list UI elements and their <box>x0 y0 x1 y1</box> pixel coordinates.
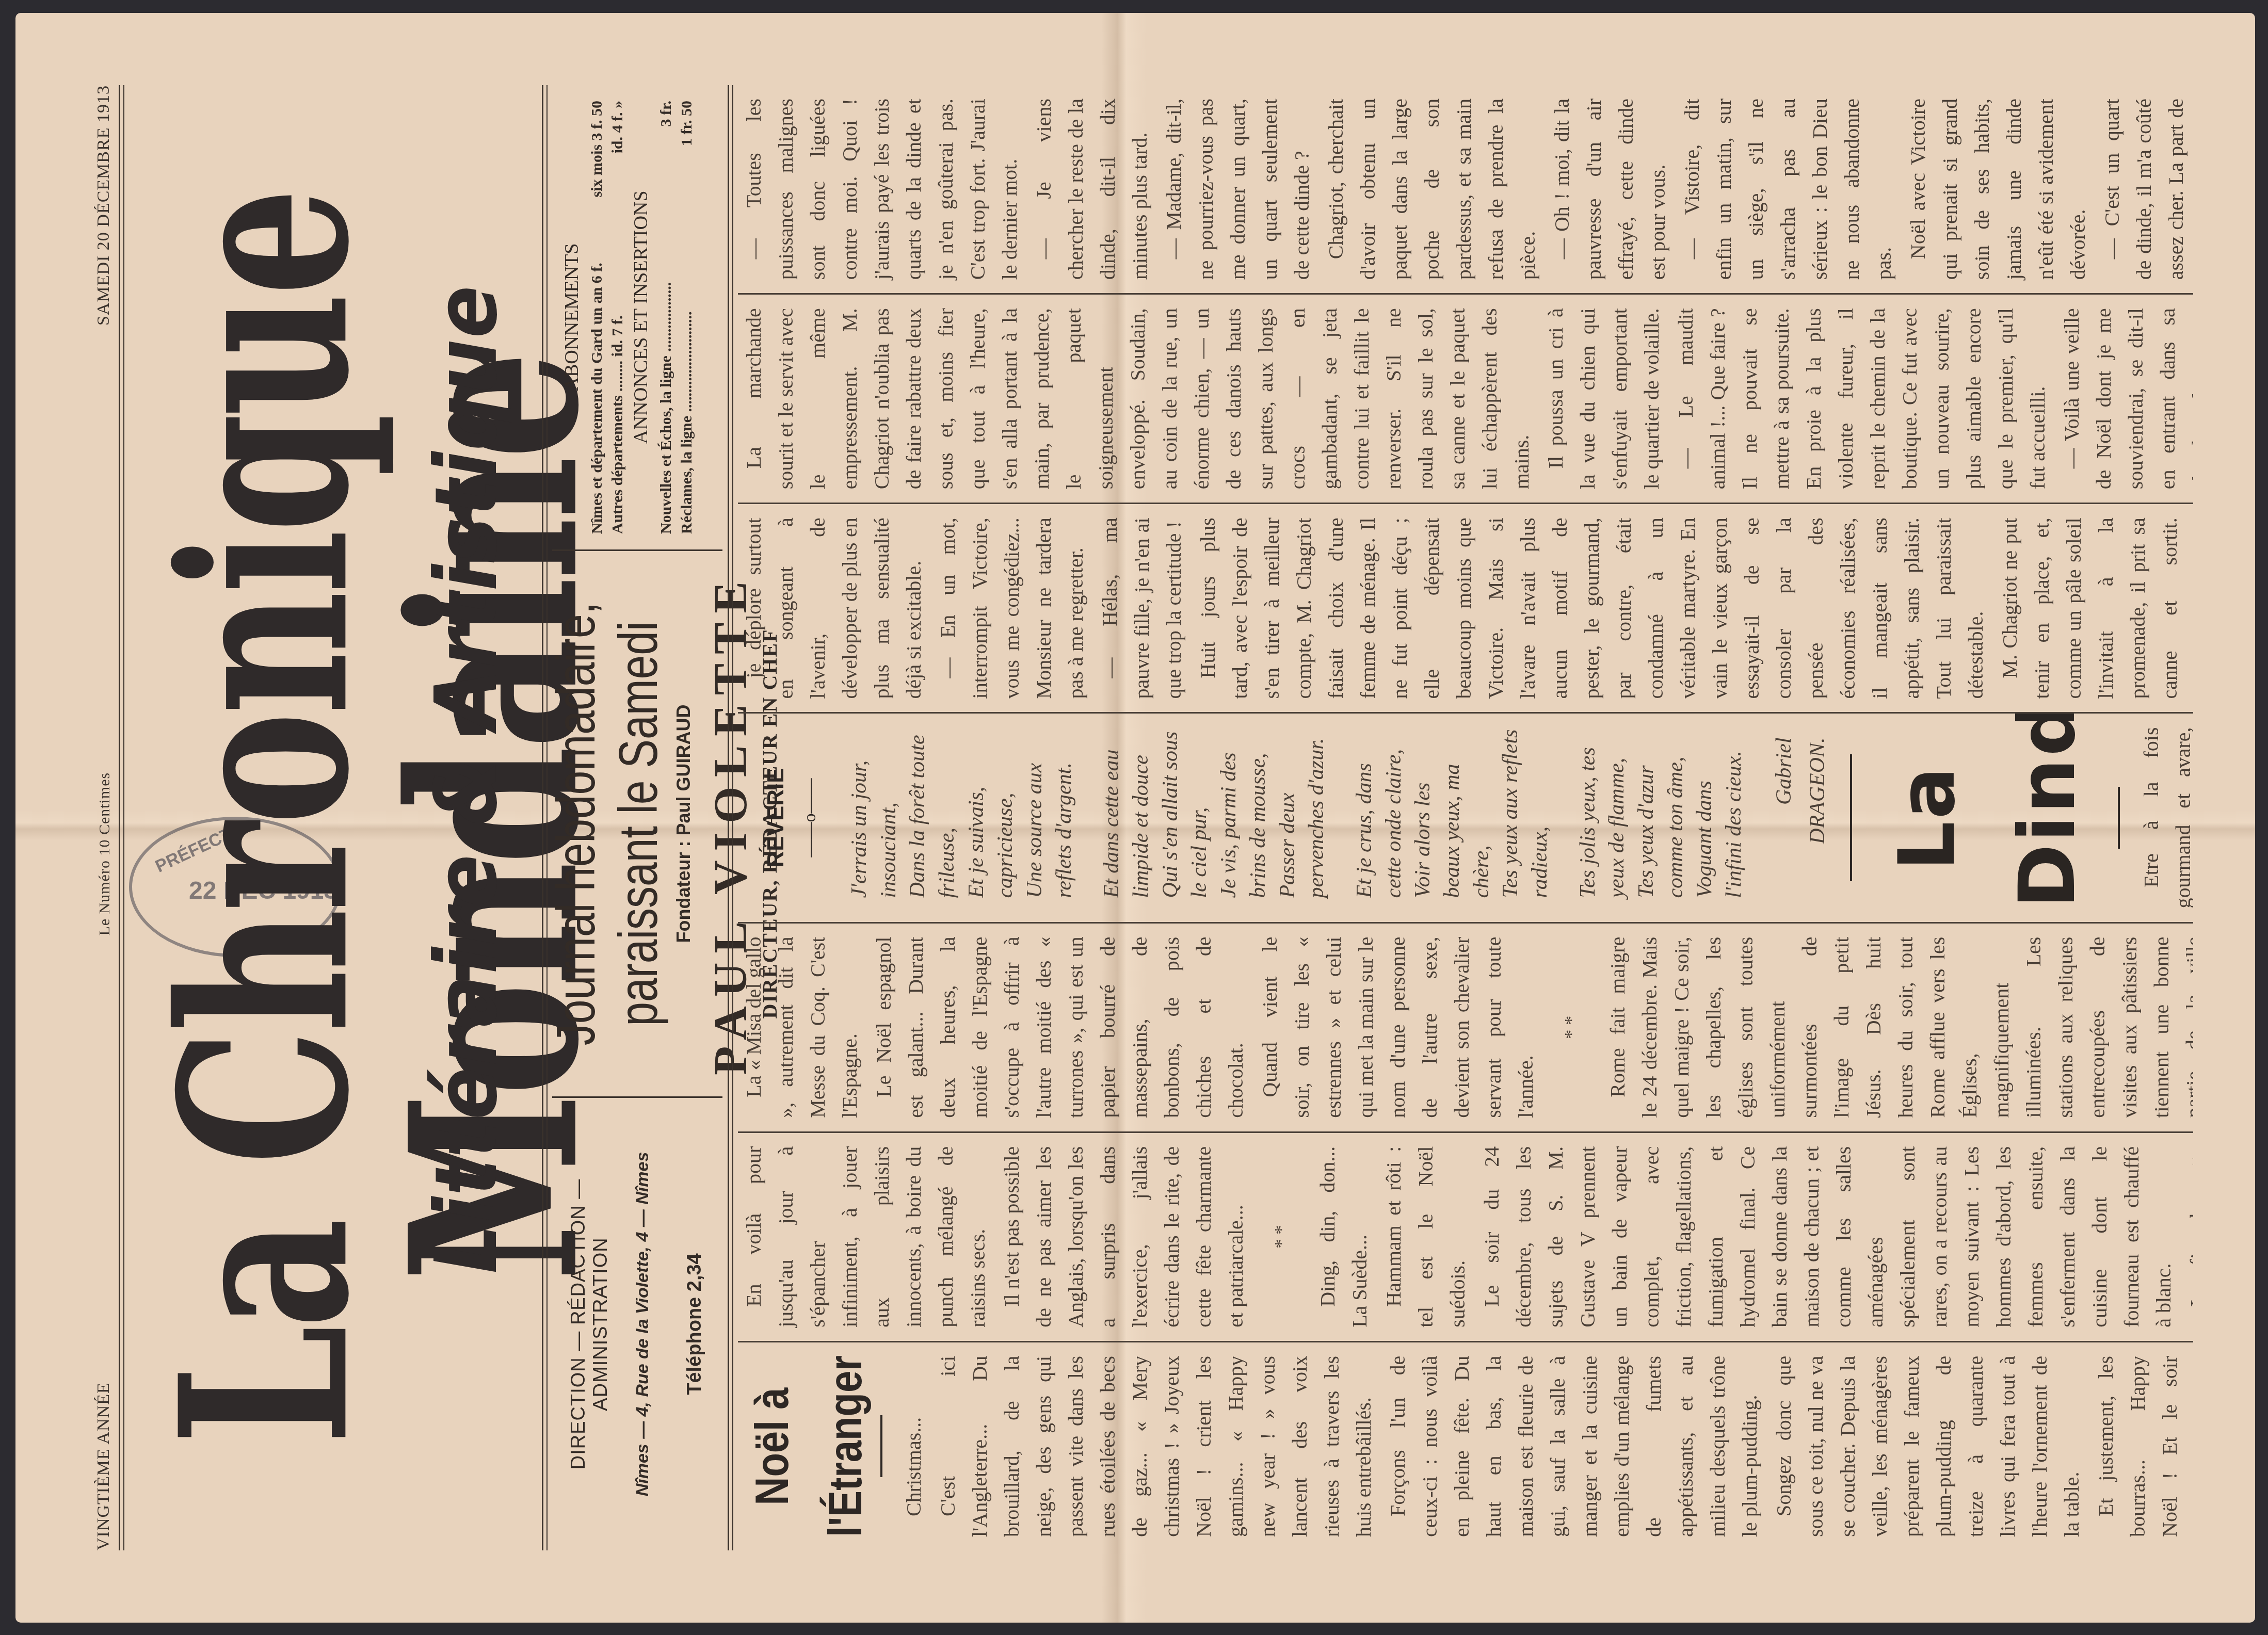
paragraph: — Le maudit animal !... Que faire ? Il n… <box>1670 308 2054 489</box>
column-4: RÊVERIE ——o—— J'errais un jour, insoucia… <box>738 712 2193 921</box>
poem-stanza: Et dans cette eau limpide et douce Qui s… <box>1097 727 1331 898</box>
column-5: je déplore surtout en songeant à l'aveni… <box>738 503 2193 712</box>
paragraph: Etre à la fois gourmand et avare, aimer … <box>2135 727 2193 908</box>
section-break: * * <box>1267 1146 1296 1328</box>
masthead: PRÉFECT 22 DEC 1913 La Chronique Mondain… <box>134 85 537 1550</box>
paragraph: — Vistoire, dit enfin un matin, sur un s… <box>1676 99 1900 280</box>
infobar-rule <box>728 85 733 1550</box>
paragraph: Il n'est pas possible de ne pas aimer le… <box>996 1146 1252 1328</box>
column-2: En voilà pour jusqu'au jour à s'épancher… <box>738 1131 2193 1341</box>
paragraph: — Toutes les puissances malignes sont do… <box>738 99 1026 280</box>
paragraph: Le Noël espagnol est galant... Durant de… <box>868 937 1252 1118</box>
paragraph: Huit jours plus tard, avec l'espoir de s… <box>1192 517 1992 699</box>
paragraph: Chagriot, cherchait d'avoir obtenu un pa… <box>1320 99 1544 280</box>
rates-info: ABONNEMENTS Nîmes et département du Gard… <box>552 85 722 549</box>
subscription-row: Autres départements ........ id. 7 f. id… <box>609 101 626 534</box>
header-rule <box>119 85 124 1550</box>
paragraph: Hammam et rôti : tel est le Noël suédois… <box>1378 1146 1474 1328</box>
poem-ornament: ——o—— <box>797 727 824 908</box>
office-title: DIRECTION — RÉDACTION — ADMINISTRATION <box>568 1113 612 1535</box>
paragraph: — Oh ! moi, dit la pauvresse d'un air ef… <box>1546 99 1674 280</box>
divider <box>1850 754 1852 881</box>
paragraph: — En un mot, interrompit Victoire, vous … <box>932 517 1092 699</box>
poem-stanza: Et je crus, dans cette onde claire, Voir… <box>1350 727 1555 898</box>
office-info: DIRECTION — RÉDACTION — ADMINISTRATION N… <box>552 1096 722 1550</box>
paragraph: — Madame, dit-il, ne pourriez-vous pas m… <box>1158 99 1318 280</box>
paragraph: Le soir du 24 décembre, tous les sujets … <box>1476 1146 2180 1328</box>
ads-title: ANNONCES ET INSERTIONS <box>630 101 652 534</box>
article-title-dinde: La Dinde <box>1868 727 2108 908</box>
header-strip: VINGTIÈME ANNÉE Le Numéro 10 Centimes SA… <box>77 85 114 1550</box>
poem-title: RÊVERIE <box>759 727 794 908</box>
ad-rate-row: Nouvelles et Échos, la ligne ...........… <box>657 101 675 534</box>
newspaper-sheet: VINGTIÈME ANNÉE Le Numéro 10 Centimes SA… <box>15 13 2255 1623</box>
article-columns: Noël à l'Étranger Christmas... C'est ici… <box>738 85 2193 1550</box>
paragraph: — C'est un quart de dinde, il m'a coûté … <box>2096 99 2193 280</box>
paragraph: je déplore surtout en songeant à l'aveni… <box>738 517 930 699</box>
paragraph: Et justement, les bourras... Happy Noël … <box>2090 1356 2193 1537</box>
paragraph: C'est ici l'Angleterre... Du brouillard,… <box>932 1356 1380 1537</box>
paragraph: — Je viens chercher le reste de la dinde… <box>1028 99 1156 280</box>
paragraph: — Hélas, ma pauvre fille, je n'en ai que… <box>1094 517 1190 699</box>
paragraph: Ding, din, don... La Suède... <box>1312 1146 1376 1328</box>
paragraph: La « Misa del gallo », autrement dit la … <box>738 937 866 1118</box>
paragraph: Christmas... <box>898 1356 930 1537</box>
section-break: * * <box>1557 937 1586 1118</box>
paragraph: En voilà pour jusqu'au jour à s'épancher… <box>738 1146 994 1328</box>
paragraph: Il poussa un cri à la vue du chien qui s… <box>1540 308 1668 489</box>
price-label: Le Numéro 10 Centimes <box>96 772 114 936</box>
masthead-title: La Chronique Mondaine <box>150 85 609 1550</box>
poem-stanza: Tes jolis yeux, tes yeux de flamme, Tes … <box>1573 727 1749 898</box>
info-bar: DIRECTION — RÉDACTION — ADMINISTRATION N… <box>552 85 722 1550</box>
paragraph: Noël avec Victoire qui prenait si grand … <box>1902 99 2094 280</box>
paragraph: La marchande sourit et le servit avec le… <box>738 308 1538 489</box>
paragraph: Rome fait maigre le 24 décembre. Mais qu… <box>1602 937 2193 1118</box>
publication-info: Journal hebdomadaire, paraissant le Same… <box>552 549 722 1096</box>
column-3: La « Misa del gallo », autrement dit la … <box>738 922 2193 1131</box>
ad-rate-row: Réclames, la ligne .....................… <box>678 101 696 534</box>
paragraph: — Voilà une veille de Noël dont je me so… <box>2056 308 2193 489</box>
title-rule <box>2118 787 2120 849</box>
poem-stanza: J'errais un jour, insouciant, Dans la fo… <box>845 727 1079 898</box>
poem-author: Gabriel DRAGEON. <box>1767 737 1835 908</box>
subscriptions-title: ABONNEMENTS <box>560 101 583 534</box>
article-title-noel: Noël à l'Étranger <box>738 1356 882 1537</box>
column-6: La marchande sourit et le servit avec le… <box>738 293 2193 503</box>
paragraph: Quand vient le soir, on tire les « estre… <box>1254 937 1542 1118</box>
column-7: — Toutes les puissances malignes sont do… <box>738 85 2193 293</box>
paragraph: Forçons l'un de ceux-ci : nous voilà en … <box>1382 1356 1766 1537</box>
office-address: Nîmes — 4, Rue de la Violette, 4 — Nîmes <box>633 1113 653 1535</box>
tagline: Journal hebdomadaire, paraissant le Same… <box>545 566 670 1081</box>
column-1: Noël à l'Étranger Christmas... C'est ici… <box>738 1341 2193 1550</box>
paragraph: Songez donc que sous ce toit, nul ne va … <box>1768 1356 2088 1537</box>
date-label: SAMEDI 20 DÉCEMBRE 1913 <box>94 85 114 326</box>
paragraph: M. Chagriot ne put tenir en place, et, c… <box>1994 517 2193 699</box>
paragraph: La fin de cette cérémonie préparatoire r… <box>2182 1146 2193 1328</box>
year-label: VINGTIÈME ANNÉE <box>94 1382 114 1550</box>
office-phone: Téléphone 2,34 <box>684 1113 706 1535</box>
newspaper-page: VINGTIÈME ANNÉE Le Numéro 10 Centimes SA… <box>15 13 2255 1623</box>
masthead-subtitle: Littéraire & Artistique <box>425 188 510 1370</box>
founder: Fondateur : Paul GUIRAUD <box>673 566 695 1081</box>
subscription-row: Nîmes et département du Gard un an 6 f. … <box>588 101 606 534</box>
